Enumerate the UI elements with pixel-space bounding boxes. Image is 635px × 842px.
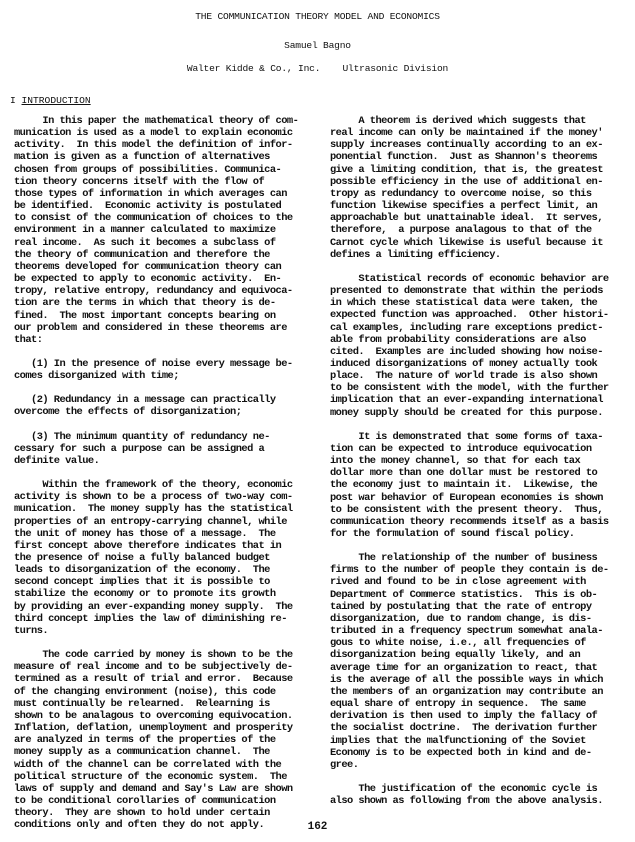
text-line: munication. The money supply has the sta… (14, 503, 319, 515)
text-line: overcome the effects of disorganization; (14, 406, 319, 418)
paragraph: (3) The minimum quantity of redundancy n… (14, 431, 319, 467)
right-column: A theorem is derived which suggests that… (330, 115, 635, 807)
paragraph: Within the framework of the theory, econ… (14, 479, 319, 637)
text-line: third concept implies the law of diminis… (14, 613, 319, 625)
text-line: Department of Commerce statistics. This … (330, 589, 635, 601)
text-line: dollar more than one dollar must be rest… (330, 467, 635, 479)
text-line: second concept implies that it is possib… (14, 576, 319, 588)
text-line: tropy, relative entropy, redundancy and … (14, 285, 319, 297)
paragraph-gap (330, 540, 635, 552)
text-line: rived and found to be in close agreement… (330, 576, 635, 588)
text-line: (2) Redundancy in a message can practica… (14, 394, 319, 406)
text-line: munication is used as a model to explain… (14, 127, 319, 139)
text-line: supply increases continually according t… (330, 139, 635, 151)
text-line: able from probability considerations are… (330, 334, 635, 346)
page-number: 162 (0, 821, 635, 833)
text-line: properties of an entropy-carrying channe… (14, 516, 319, 528)
text-line: the socialist doctrine. The derivation f… (330, 722, 635, 734)
text-line: firms to the number of people they conta… (330, 564, 635, 576)
text-line: Economy is to be expected both in kind a… (330, 747, 635, 759)
text-line: for the formulation of sound fiscal poli… (330, 528, 635, 540)
text-line: money supply should be created for this … (330, 407, 635, 419)
text-line: the members of an organization may contr… (330, 686, 635, 698)
text-line: place. The nature of world trade is also… (330, 370, 635, 382)
text-line: to consist of the communication of choic… (14, 212, 319, 224)
paragraph-gap (14, 419, 319, 431)
text-line: comes disorganized with time; (14, 370, 319, 382)
text-line: implies that the malfunctioning of the S… (330, 735, 635, 747)
text-line: tributed in a frequency spectrum somewha… (330, 625, 635, 637)
text-line: theorems developed for communication the… (14, 261, 319, 273)
text-line: equal share of entropy in sequence. The … (330, 698, 635, 710)
paragraph: The code carried by money is shown to be… (14, 649, 319, 831)
text-line: real income. As such it becomes a subcla… (14, 237, 319, 249)
text-line: is the average of all the possible ways … (330, 674, 635, 686)
text-line: our problem and considered in these theo… (14, 322, 319, 334)
text-line: A theorem is derived which suggests that (330, 115, 635, 127)
text-line: chosen from groups of possibilities. Com… (14, 164, 319, 176)
text-line: tion theory concerns itself with the flo… (14, 176, 319, 188)
text-line: tained by postulating that the rate of e… (330, 601, 635, 613)
paragraph-gap (14, 382, 319, 394)
text-line: theory. They are shown to hold under cer… (14, 807, 319, 819)
text-line: in which these statistical data were tak… (330, 297, 635, 309)
author-name: Samuel Bagno (0, 40, 635, 51)
text-line: width of the channel can be correlated w… (14, 759, 319, 771)
text-line: Statistical records of economic behavior… (330, 273, 635, 285)
text-line: shown to be analagous to overcoming equi… (14, 710, 319, 722)
text-line: mation is given as a function of alterna… (14, 151, 319, 163)
text-line: environment in a manner calculated to ma… (14, 224, 319, 236)
text-line: are analyzed in terms of the properties … (14, 734, 319, 746)
paragraph: Statistical records of economic behavior… (330, 273, 635, 419)
text-line: (1) In the presence of noise every messa… (14, 358, 319, 370)
text-line: gree. (330, 759, 635, 771)
text-line: tion are the terms in which that theory … (14, 297, 319, 309)
paragraph: It is demonstrated that some forms of ta… (330, 431, 635, 540)
text-line: laws of supply and demand and Say's Law … (14, 783, 319, 795)
paragraph-gap (330, 771, 635, 783)
text-line: therefore, a purpose analagous to that o… (330, 224, 635, 236)
text-line: defines a limiting efficiency. (330, 249, 635, 261)
text-line: derivation is then used to imply the fal… (330, 710, 635, 722)
left-column: In this paper the mathematical theory of… (14, 115, 319, 831)
text-line: be expected to apply to economic activit… (14, 273, 319, 285)
text-line: turns. (14, 625, 319, 637)
text-line: measure of real income and to be subject… (14, 661, 319, 673)
paragraph: (1) In the presence of noise every messa… (14, 358, 319, 382)
text-line: activity is shown to be a process of two… (14, 491, 319, 503)
text-line: of the changing environment (noise), thi… (14, 686, 319, 698)
paragraph-gap (330, 419, 635, 431)
text-line: Inflation, deflation, unemployment and p… (14, 722, 319, 734)
section-heading: I INTRODUCTION (10, 95, 91, 106)
text-line: possible efficiency in the use of additi… (330, 176, 635, 188)
paragraph-gap (330, 261, 635, 273)
text-line: (3) The minimum quantity of redundancy n… (14, 431, 319, 443)
paragraph: The justification of the economic cycle … (330, 783, 635, 807)
text-line: average time for an organization to reac… (330, 662, 635, 674)
text-line: that: (14, 334, 319, 346)
text-line: In this paper the mathematical theory of… (14, 115, 319, 127)
text-line: presented to demonstrate that within the… (330, 285, 635, 297)
paragraph-gap (14, 637, 319, 649)
paragraph: A theorem is derived which suggests that… (330, 115, 635, 261)
text-line: to be conditional corollaries of communi… (14, 795, 319, 807)
section-number: I (10, 95, 16, 106)
text-line: induced disorganizations of money actual… (330, 358, 635, 370)
paragraph: In this paper the mathematical theory of… (14, 115, 319, 346)
text-line: cited. Examples are included showing how… (330, 346, 635, 358)
text-line: leads to disorganization of the economy.… (14, 564, 319, 576)
text-line: the theory of communication and therefor… (14, 249, 319, 261)
text-line: activity. In this model the definition o… (14, 139, 319, 151)
text-line: fined. The most important concepts beari… (14, 310, 319, 322)
text-line: termined as a result of trial and error.… (14, 673, 319, 685)
text-line: implication that an ever-expanding inter… (330, 394, 635, 406)
text-line: The relationship of the number of busine… (330, 552, 635, 564)
text-line: into the money channel, so that for each… (330, 455, 635, 467)
text-line: definite value. (14, 455, 319, 467)
text-line: expected function was approached. Other … (330, 309, 635, 321)
author-affiliation: Walter Kidde & Co., Inc. Ultrasonic Divi… (0, 63, 635, 74)
text-line: stabilize the economy or to promote its … (14, 588, 319, 600)
text-line: cessary for such a purpose can be assign… (14, 443, 319, 455)
text-line: by providing an ever-expanding money sup… (14, 601, 319, 613)
text-line: disorganization, due to random change, i… (330, 613, 635, 625)
text-line: real income can only be maintained if th… (330, 127, 635, 139)
text-line: the economy just to maintain it. Likewis… (330, 479, 635, 491)
text-line: The justification of the economic cycle … (330, 783, 635, 795)
text-line: post war behavior of European economies … (330, 492, 635, 504)
text-line: approachable but unattainable ideal. It … (330, 212, 635, 224)
paragraph-gap (14, 346, 319, 358)
text-line: the presence of noise a fully balanced b… (14, 552, 319, 564)
text-line: gous to white noise, i.e., all frequenci… (330, 637, 635, 649)
text-line: Carnot cycle which likewise is useful be… (330, 237, 635, 249)
text-line: tropy as redundancy to overcome noise, s… (330, 188, 635, 200)
text-line: function likewise specifies a perfect li… (330, 200, 635, 212)
text-line: political structure of the economic syst… (14, 771, 319, 783)
text-line: cal examples, including rare exceptions … (330, 322, 635, 334)
paragraph-gap (14, 467, 319, 479)
paper-title: THE COMMUNICATION THEORY MODEL AND ECONO… (0, 11, 635, 22)
text-line: first concept above therefore indicates … (14, 540, 319, 552)
text-line: disorganization being equally likely, an… (330, 649, 635, 661)
text-line: must continually be relearned. Relearnin… (14, 698, 319, 710)
text-line: ponential function. Just as Shannon's th… (330, 151, 635, 163)
text-line: the unit of money has those of a message… (14, 528, 319, 540)
text-line: communication theory recommends itself a… (330, 516, 635, 528)
text-line: money supply as a communication channel.… (14, 746, 319, 758)
text-line: to be consistent with the present theory… (330, 504, 635, 516)
text-line: Within the framework of the theory, econ… (14, 479, 319, 491)
text-line: also shown as following from the above a… (330, 795, 635, 807)
paragraph: The relationship of the number of busine… (330, 552, 635, 771)
text-line: those types of information in which aver… (14, 188, 319, 200)
text-line: to be consistent with the model, with th… (330, 382, 635, 394)
text-line: tion can be expected to introduce equivo… (330, 443, 635, 455)
text-line: give a limiting condition, that is, the … (330, 164, 635, 176)
text-line: It is demonstrated that some forms of ta… (330, 431, 635, 443)
section-title: INTRODUCTION (22, 95, 91, 106)
text-line: be identified. Economic activity is post… (14, 200, 319, 212)
paragraph: (2) Redundancy in a message can practica… (14, 394, 319, 418)
text-line: The code carried by money is shown to be… (14, 649, 319, 661)
